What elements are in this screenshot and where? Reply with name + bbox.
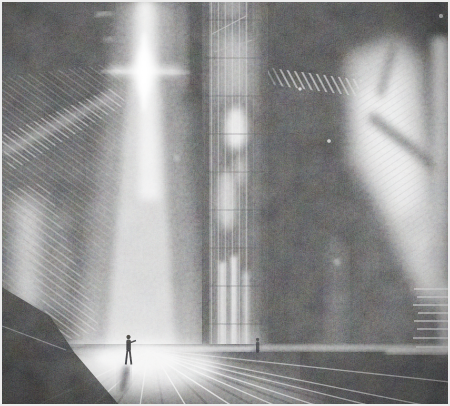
sketch-artwork: [0, 0, 450, 406]
vignette: [0, 0, 450, 406]
hall-sketch-svg: [0, 0, 450, 406]
